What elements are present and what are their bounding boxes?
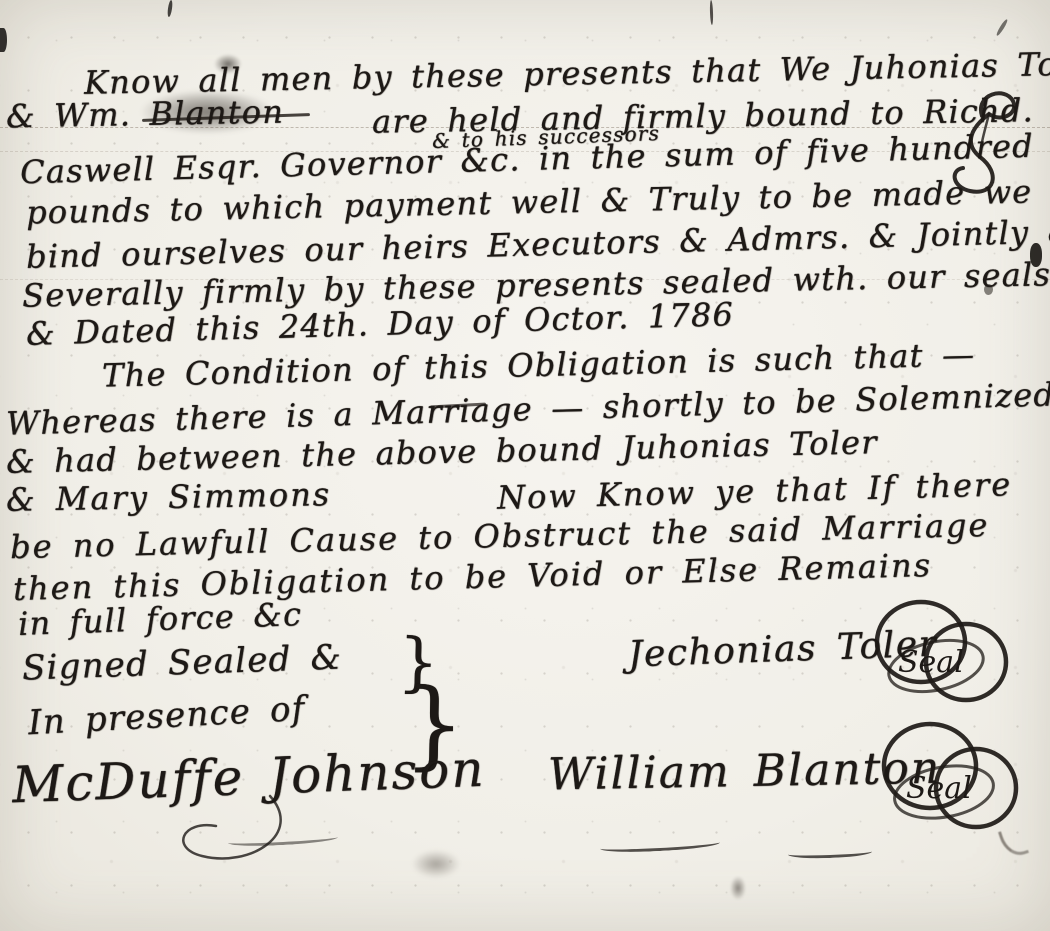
signature-dash xyxy=(788,847,872,860)
ink-smudge xyxy=(730,876,746,900)
line-obligors: & Wm. Blanton xyxy=(6,95,285,135)
line-full-force: in full force &c xyxy=(17,597,302,642)
ink-smudge xyxy=(412,850,460,878)
edge-mark xyxy=(710,0,714,25)
blanton-seal: Seal xyxy=(872,718,1027,838)
line-mary-simmons: & Mary Simmons xyxy=(6,477,332,518)
edge-mark xyxy=(167,0,173,17)
manuscript-page: Know all men by these presents that We J… xyxy=(0,0,1050,931)
edge-mark xyxy=(995,18,1008,36)
seal-word: Seal xyxy=(906,771,972,806)
line-signed-sealed: Signed Sealed & xyxy=(21,639,342,688)
line-in-presence: In presence of xyxy=(27,691,306,743)
seal-word: Seal xyxy=(898,645,964,680)
signature-dash xyxy=(600,837,720,854)
toler-seal: Seal xyxy=(866,596,1016,711)
witness-flourish xyxy=(120,792,380,872)
edge-mark xyxy=(0,28,7,52)
flourish-s-icon xyxy=(925,86,1025,206)
